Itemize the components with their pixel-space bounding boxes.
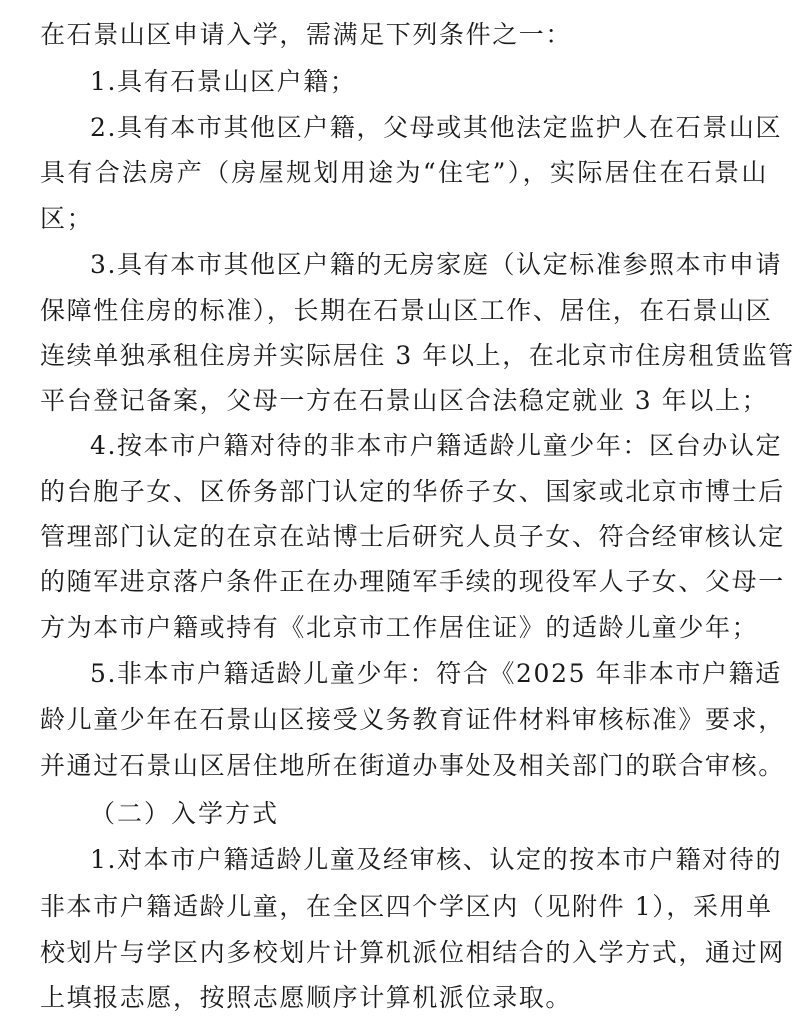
condition-4-line-2: 的台胞子女、区侨务部门认定的华侨子女、国家或北京市博士后 [40,477,768,507]
section-heading: （二）入学方式 [90,799,279,829]
condition-2-line-1: 2.具有本市其他区户籍，父母或其他法定监护人在石景山区 [90,113,768,143]
condition-2-line-3: 区； [40,204,768,234]
condition-3-line-1: 3.具有本市其他区户籍的无房家庭（认定标准参照本市申请 [90,250,768,280]
condition-3-line-3: 连续单独承租住房并实际居住 3 年以上，在北京市住房租赁监管 [40,341,768,371]
condition-5-line-3: 并通过石景山区居住地所在街道办事处及相关部门的联合审核。 [40,751,768,781]
condition-5-line-1: 5.非本市户籍适龄儿童少年：符合《2025 年非本市户籍适 [90,659,768,689]
intro-line: 在石景山区申请入学，需满足下列条件之一： [40,20,768,50]
condition-4-line-4: 的随军进京落户条件正在办理随军手续的现役军人子女、父母一 [40,567,768,597]
condition-5-line-2: 龄儿童少年在石景山区接受义务教育证件材料审核标准》要求， [40,705,768,735]
condition-4-line-5: 方为本市户籍或持有《北京市工作居住证》的适龄儿童少年； [40,613,768,643]
condition-4-line-1: 4.按本市户籍对待的非本市户籍适龄儿童少年：区台办认定 [90,431,768,461]
condition-1: 1.具有石景山区户籍； [90,67,768,97]
method-1-line-4: 上填报志愿，按照志愿顺序计算机派位录取。 [40,983,768,1013]
document-page: 在石景山区申请入学，需满足下列条件之一： 1.具有石景山区户籍； 2.具有本市其… [0,0,800,1034]
method-1-line-3: 校划片与学区内多校划片计算机派位相结合的入学方式，通过网 [40,938,768,968]
method-1-line-1: 1.对本市户籍适龄儿童及经审核、认定的按本市户籍对待的 [90,845,768,875]
condition-4-line-3: 管理部门认定的在京在站博士后研究人员子女、符合经审核认定 [40,522,768,552]
condition-3-line-4: 平台登记备案，父母一方在石景山区合法稳定就业 3 年以上； [40,386,768,416]
condition-3-line-2: 保障性住房的标准），长期在石景山区工作、居住，在石景山区 [40,296,768,326]
method-1-line-2: 非本市户籍适龄儿童，在全区四个学区内（见附件 1），采用单 [40,892,768,922]
condition-2-line-2: 具有合法房产（房屋规划用途为“住宅”），实际居住在石景山 [40,158,768,188]
